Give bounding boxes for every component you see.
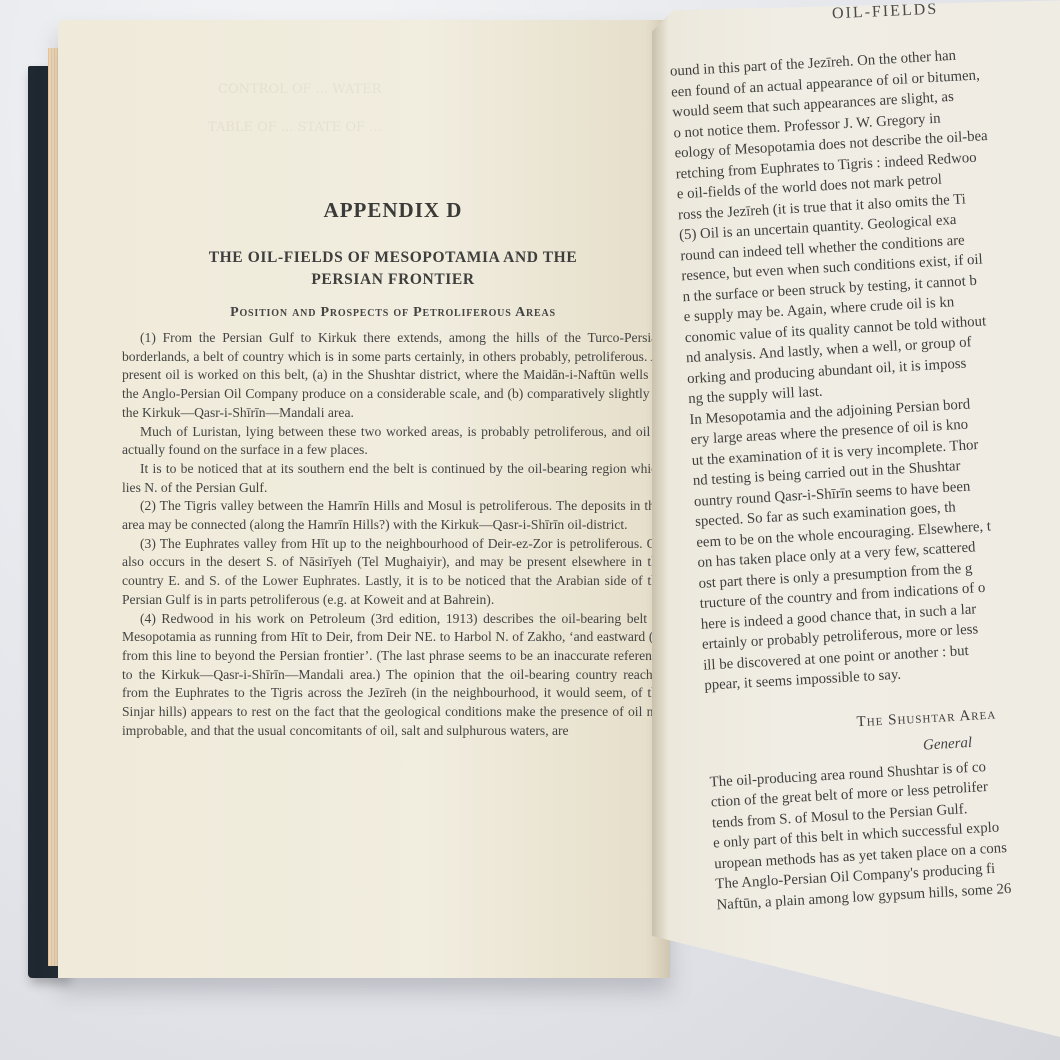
section-heading: Position and Prospects of Petroliferous …: [122, 305, 664, 321]
left-page-content: APPENDIX D THE OIL-FIELDS OF MESOPOTAMIA…: [122, 198, 664, 740]
paragraph: (1) From the Persian Gulf to Kirkuk ther…: [122, 329, 664, 423]
chapter-title: THE OIL-FIELDS OF MESOPOTAMIA AND THE PE…: [122, 247, 664, 291]
chapter-title-line-1: THE OIL-FIELDS OF MESOPOTAMIA AND THE: [209, 249, 578, 266]
show-through-text: CONTROL OF ... WATER: [218, 82, 382, 97]
left-page: CONTROL OF ... WATER TABLE OF ... STATE …: [58, 20, 670, 978]
paragraph: (3) The Euphrates valley from Hīt up to …: [122, 535, 664, 610]
paragraph: It is to be noticed that at its southern…: [122, 460, 664, 497]
right-page-text: ound in this part of the Jezīreh. On the…: [669, 44, 1030, 915]
show-through-text: TABLE OF ... STATE OF ...: [208, 120, 382, 135]
running-head: OIL-FIELDS: [832, 1, 939, 24]
paragraph: Much of Luristan, lying between these tw…: [122, 423, 664, 460]
paragraph: (4) Redwood in his work on Petroleum (3r…: [122, 610, 664, 741]
paragraph: (2) The Tigris valley between the Hamrīn…: [122, 497, 664, 534]
appendix-title: APPENDIX D: [122, 198, 664, 223]
right-page: OIL-FIELDS ound in this part of the Jezī…: [652, 0, 1060, 1040]
chapter-title-line-2: PERSIAN FRONTIER: [311, 271, 474, 288]
